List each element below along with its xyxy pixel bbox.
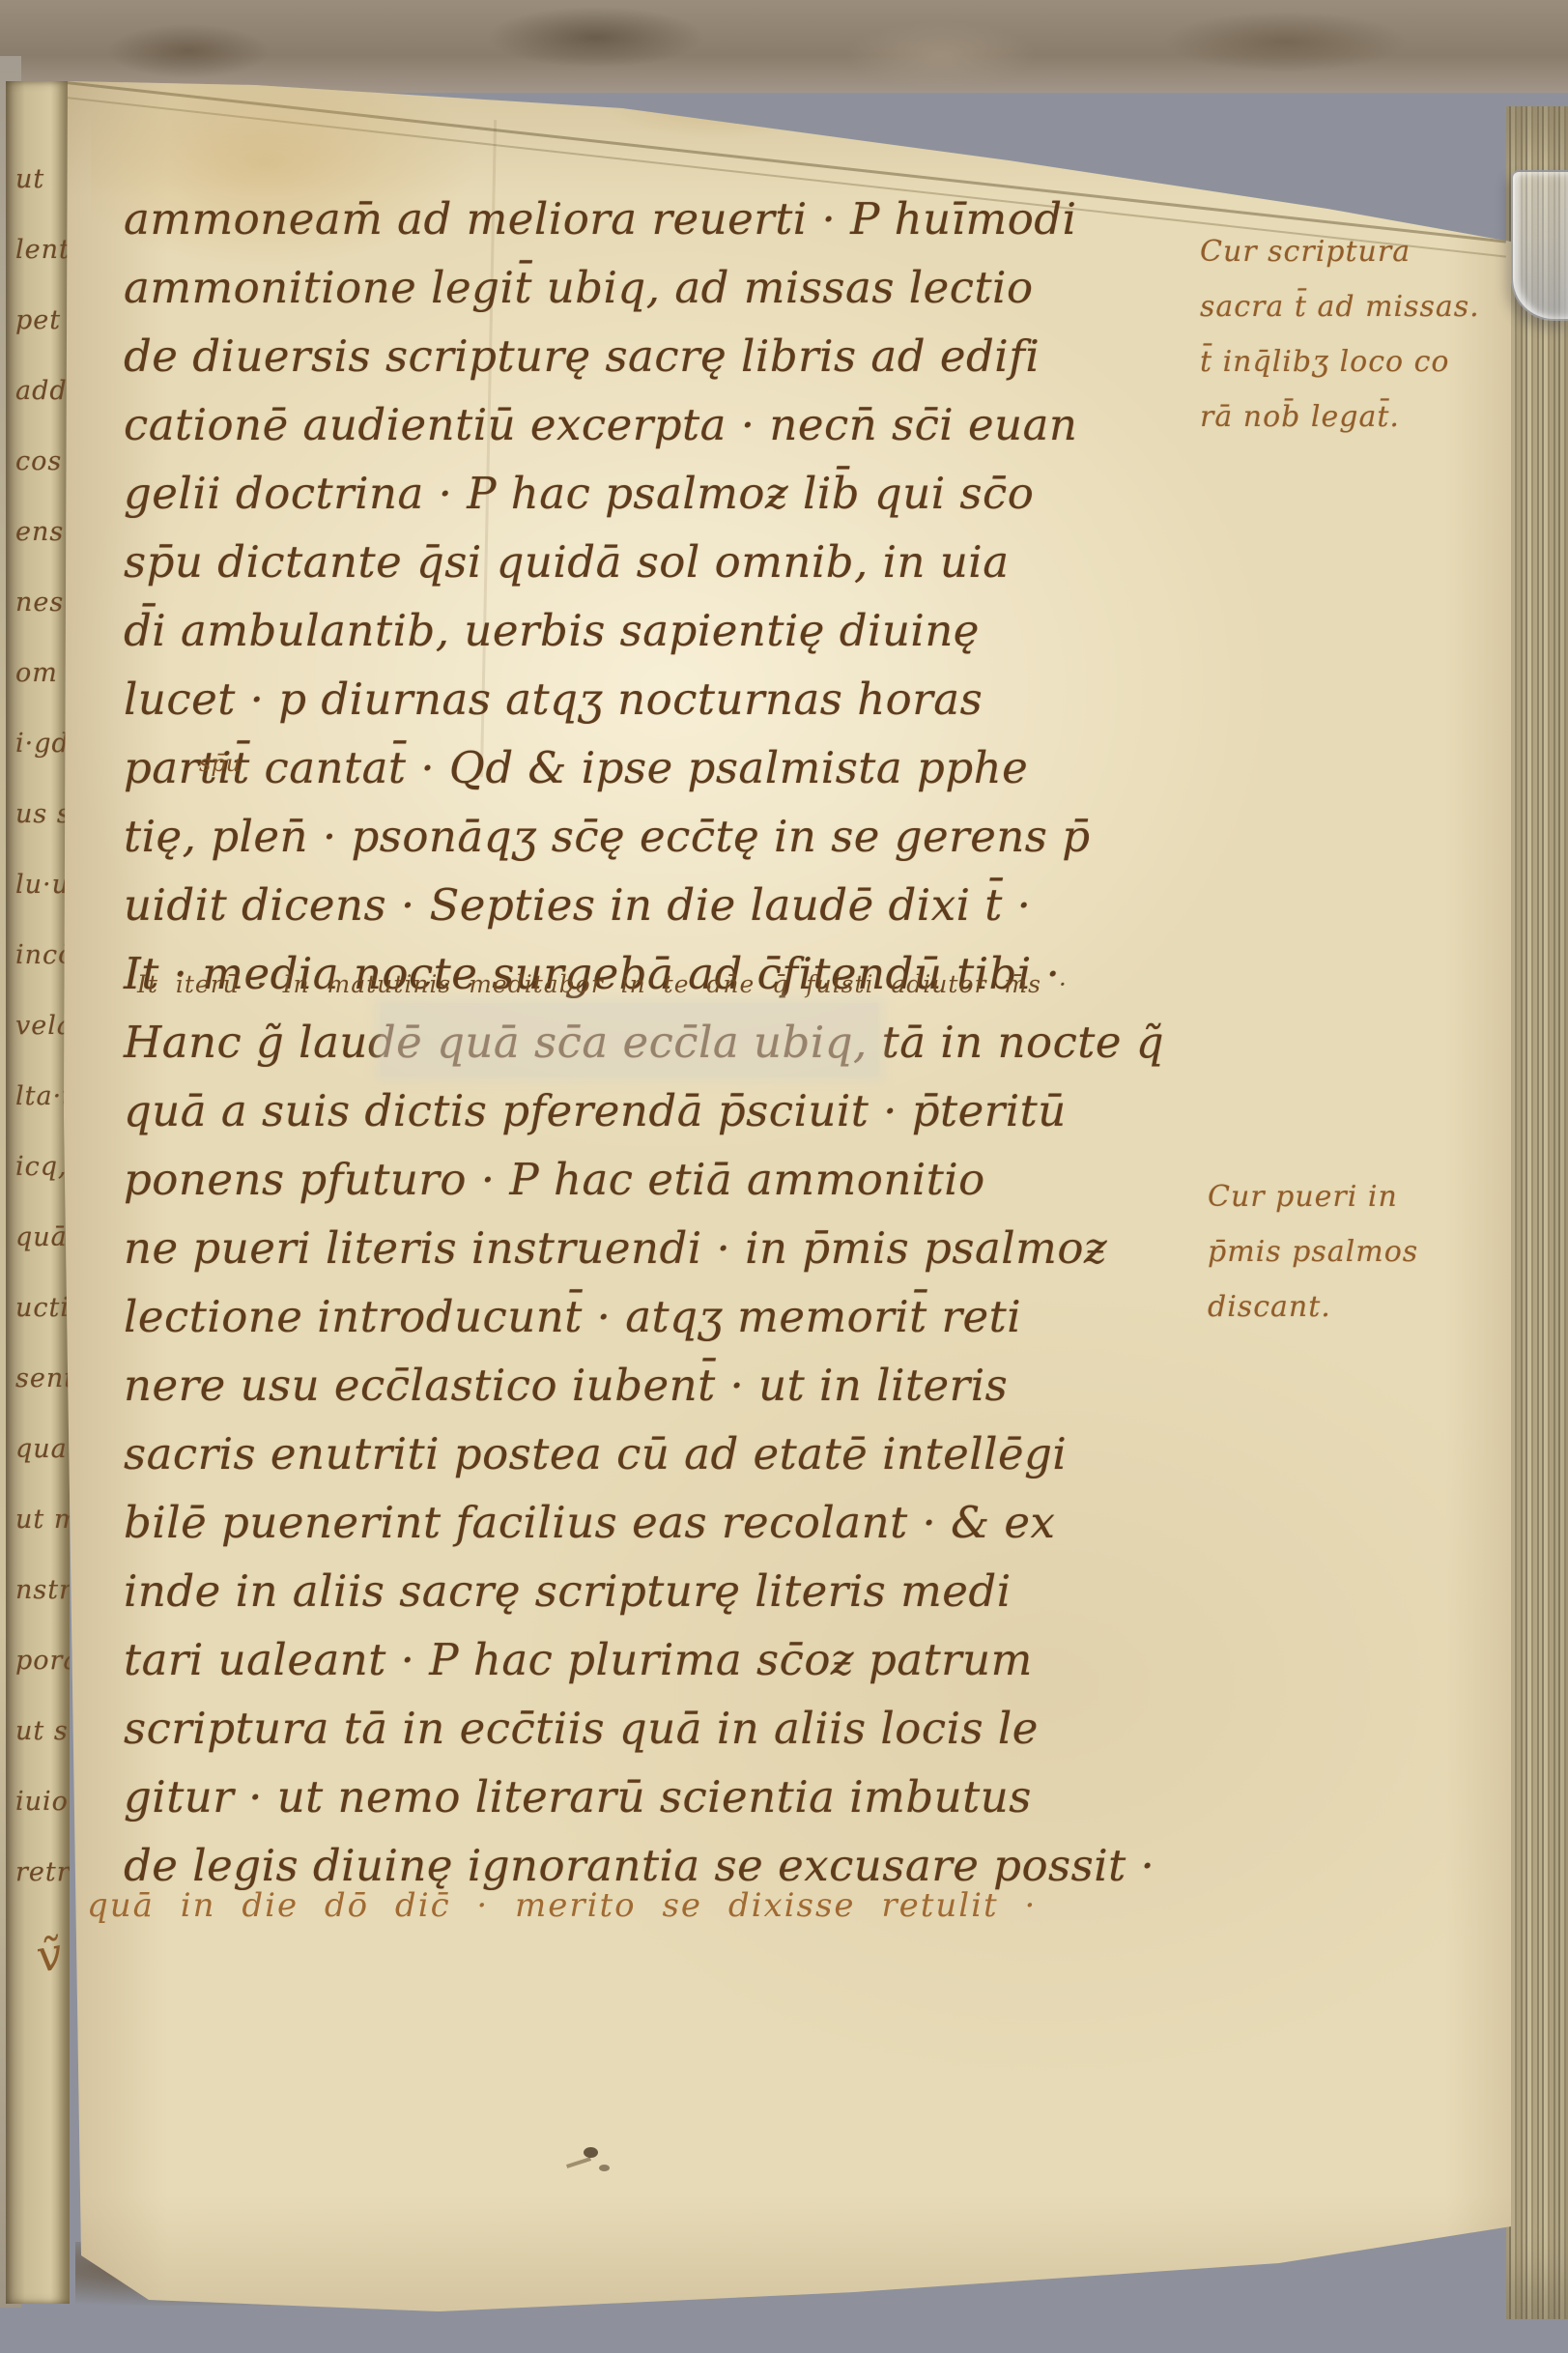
text-line: inde in aliis sacrę scripturę literis me…: [124, 1557, 1293, 1625]
text-fragment: nstruc: [15, 1575, 70, 1646]
margin-note-scriptura: Cur scripturasacra t̄ ad missas.t̄ inq̄l…: [1200, 224, 1480, 445]
interlinear-gloss: sp̄u: [199, 750, 241, 777]
text-fragment: add: [15, 376, 70, 446]
text-fragment: lta·t: [15, 1081, 70, 1152]
text-fragment: pet: [15, 305, 70, 376]
margin-note-line: t̄ inq̄libʒ loco co: [1200, 334, 1480, 389]
text-fragment: icq, ml: [15, 1152, 70, 1222]
margin-note-line: Cur scriptura: [1200, 224, 1480, 279]
text-fragment: cos: [15, 446, 70, 517]
text-fragment: iuione: [15, 1787, 70, 1857]
ink-speck: [566, 2157, 591, 2168]
text-fragment: pora m: [15, 1646, 70, 1716]
text-line: de diuersis scripturę sacrę libris ad ed…: [124, 322, 1293, 390]
text-line: ammoneam̄ ad meliora reuerti · P huīmodi: [124, 185, 1293, 253]
text-fragment: incō: [15, 940, 70, 1011]
text-line: ammonitione legit̄ ubiq, ad missas lecti…: [124, 253, 1293, 322]
margin-note-line: rā nob̄ legat̄.: [1200, 389, 1480, 445]
text-fragment: vela: [15, 1011, 70, 1081]
bottom-addition: quā in die dō dic̄ · merito se dixisse r…: [87, 1886, 1037, 1925]
ink-speck: [584, 2147, 598, 2158]
text-fragment: retract: [15, 1857, 70, 1928]
text-fragment: ut: [15, 164, 70, 235]
text-fragment: ut si qu: [15, 1716, 70, 1787]
margin-note-pueri: Cur pueri inp̄mis psalmosdiscant.: [1208, 1169, 1418, 1334]
fore-edge-page-stack: [1506, 106, 1568, 2319]
book-headband-edge: [0, 0, 1568, 93]
text-line: scriptura tā in ecc̄tiis quā in aliis lo…: [124, 1694, 1293, 1763]
parchment-page: 75. ammoneam̄ ad meliora reuerti · P huī…: [62, 52, 1513, 2321]
manuscript-photo: utlentpetaddcosens unes oom eti·gdus stl…: [0, 0, 1568, 2353]
text-fragment: nes o: [15, 588, 70, 658]
text-line: gitur · ut nemo literarū scientia imbutu…: [124, 1763, 1293, 1831]
text-line: nere usu ecc̄lastico iubent̄ · ut in lit…: [124, 1351, 1293, 1420]
text-fragment: i·gd: [15, 729, 70, 799]
margin-note-line: discant.: [1208, 1279, 1418, 1334]
text-line: bilē puenerint facilius eas recolant · &…: [124, 1488, 1293, 1557]
text-line: sp̄u dictante q̄si quidā sol omnib, in u…: [124, 528, 1293, 596]
text-line: quā a suis dictis pferendā p̄sciuit · p̄…: [124, 1076, 1293, 1145]
text-line: d̄i ambulantib, uerbis sapientię diuinę: [124, 596, 1293, 665]
clipped-text-fragments: utlentpetaddcosens unes oom eti·gdus stl…: [15, 164, 70, 1928]
text-line: ne pueri literis instruendi · in p̄mis p…: [124, 1214, 1293, 1282]
faded-ink-patch: [381, 1003, 878, 1076]
glass-weight: [1511, 170, 1568, 321]
text-fragment: sentit: [15, 1363, 70, 1434]
text-fragment: ucti: [15, 1293, 70, 1363]
text-fragment: lent: [15, 235, 70, 305]
text-fragment: ut ml: [15, 1505, 70, 1575]
text-line: gelii doctrina · P hac psalmoƶ lib̄ qui …: [124, 459, 1293, 528]
interlinear-addition: It iterū · In matutinis meditabor in te …: [137, 970, 1490, 998]
text-line: sacris enutriti postea cū ad etatē intel…: [124, 1420, 1293, 1488]
folio-number: 75.: [1370, 98, 1462, 156]
text-fragment: quam: [15, 1434, 70, 1505]
text-fragment: ens u: [15, 517, 70, 588]
text-fragment: om et: [15, 658, 70, 729]
text-fragment: lu·u: [15, 870, 70, 940]
text-line: tari ualeant · P hac plurima sc̄oƶ patru…: [124, 1625, 1293, 1694]
text-line: cationē audientiū excerpta · necn̄ sc̄i …: [124, 390, 1293, 459]
margin-note-line: sacra t̄ ad missas.: [1200, 279, 1480, 334]
text-fragment: quā co: [15, 1222, 70, 1293]
text-line: tię, plen̄ · psonāqʒ sc̄ę ecc̄tę in se g…: [124, 802, 1293, 871]
text-line: lectione introducunt̄ · atqʒ memorit̄ re…: [124, 1282, 1293, 1351]
margin-note-line: Cur pueri in: [1208, 1169, 1418, 1224]
text-line: uidit dicens · Septies in die laudē dixi…: [124, 871, 1293, 939]
margin-note-line: p̄mis psalmos: [1208, 1224, 1418, 1279]
text-fragment: us st: [15, 799, 70, 870]
text-line: ponens pfuturo · P hac etiā ammonitio: [124, 1145, 1293, 1214]
text-line: lucet · p diurnas atqʒ nocturnas horas: [124, 665, 1293, 733]
text-line: partit̄ cantat̄ · Qd & ipse psalmista pp…: [124, 733, 1293, 802]
